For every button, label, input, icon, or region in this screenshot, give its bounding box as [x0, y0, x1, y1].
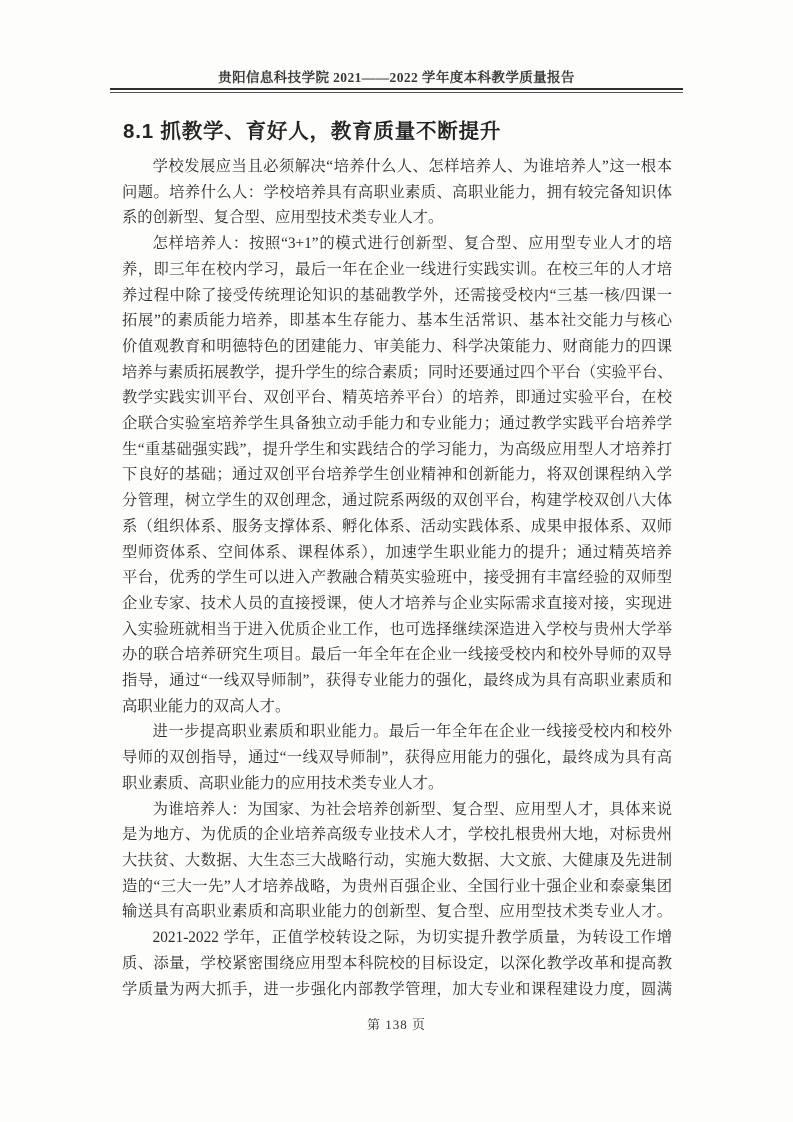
text-line: 2021-2022 学年，正值学校转设之际，为切实提升教学质量，为转设工作增 [122, 925, 672, 951]
text-line: 为谁培养人：为国家、为社会培养创新型、复合型、应用型人才，具体来说 [122, 797, 672, 823]
text-line: 企联合实验室培养学生具备独立动手能力和专业能力；通过教学实践平台培养学 [122, 411, 672, 437]
paragraph: 学校发展应当且必须解决“培养什么人、怎样培养人、为谁培养人”这一根本问题。培养什… [122, 154, 672, 231]
text-line: 导师的双创指导，通过“一线双导师制”，获得应用能力的强化，最终成为具有高 [122, 745, 672, 771]
text-line: 分管理，树立学生的双创理念，通过院系两级的双创平台，构建学校双创八大体 [122, 488, 672, 514]
text-line: 系的创新型、复合型、应用型技术类专业人才。 [122, 205, 672, 231]
text-line: 学校发展应当且必须解决“培养什么人、怎样培养人、为谁培养人”这一根本 [122, 154, 672, 180]
text-line: 大扶贫、大数据、大生态三大战略行动，实施大数据、大文旅、大健康及先进制 [122, 848, 672, 874]
text-line: 价值观教育和明德特色的团建能力、审美能力、科学决策能力、财商能力的四课 [122, 334, 672, 360]
paragraph: 进一步提高职业素质和职业能力。最后一年全年在企业一线接受校内和校外导师的双创指导… [122, 719, 672, 796]
text-line: 养过程中除了接受传统理论知识的基础教学外，还需接受校内“三基一核/四课一 [122, 283, 672, 309]
text-line: 企业专家、技术人员的直接授课，使人才培养与企业实际需求直接对接，实现进 [122, 591, 672, 617]
text-line: 是为地方、为优质的企业培养高级专业技术人才，学校扎根贵州大地，对标贵州 [122, 822, 672, 848]
text-line: 生“重基础强实践”，提升学生和实践结合的学习能力，为高级应用型人才培养打 [122, 437, 672, 463]
header-title: 贵阳信息科技学院 2021——2022 学年度本科教学质量报告 [0, 66, 793, 86]
text-line: 养，即三年在校内学习，最后一年在企业一线进行实践实训。在校三年的人才培 [122, 257, 672, 283]
document-page: 贵阳信息科技学院 2021——2022 学年度本科教学质量报告 8.1 抓教学、… [0, 0, 793, 1122]
text-line: 高职业能力的双高人才。 [122, 694, 672, 720]
section-heading: 8.1 抓教学、育好人，教育质量不断提升 [123, 114, 501, 144]
paragraph: 为谁培养人：为国家、为社会培养创新型、复合型、应用型人才，具体来说是为地方、为优… [122, 797, 672, 926]
text-line: 教学实践实训平台、双创平台、精英培养平台）的培养，即通过实验平台，在校 [122, 385, 672, 411]
text-line: 质、添量，学校紧密围绕应用型本科院校的目标设定，以深化教学改革和提高教 [122, 951, 672, 977]
header-rule [110, 88, 683, 93]
document-body: 学校发展应当且必须解决“培养什么人、怎样培养人、为谁培养人”这一根本问题。培养什… [122, 154, 672, 1002]
text-line: 进一步提高职业素质和职业能力。最后一年全年在企业一线接受校内和校外 [122, 719, 672, 745]
paragraph: 2021-2022 学年，正值学校转设之际，为切实提升教学质量，为转设工作增质、… [122, 925, 672, 1002]
text-line: 怎样培养人：按照“3+1”的模式进行创新型、复合型、应用型专业人才的培 [122, 231, 672, 257]
text-line: 拓展”的素质能力培养，即基本生存能力、基本生活常识、基本社交能力与核心 [122, 308, 672, 334]
text-line: 下良好的基础；通过双创平台培养学生创业精神和创新能力，将双创课程纳入学 [122, 462, 672, 488]
text-line: 系（组织体系、服务支撑体系、孵化体系、活动实践体系、成果申报体系、双师 [122, 514, 672, 540]
text-line: 培养与素质拓展教学，提升学生的综合素质；同时还要通过四个平台（实验平台、 [122, 360, 672, 386]
text-line: 问题。培养什么人：学校培养具有高职业素质、高职业能力，拥有较完备知识体 [122, 180, 672, 206]
paragraph: 怎样培养人：按照“3+1”的模式进行创新型、复合型、应用型专业人才的培养，即三年… [122, 231, 672, 719]
text-line: 造的“三大一先”人才培养战略，为贵州百强企业、全国行业十强企业和泰豪集团 [122, 874, 672, 900]
text-line: 职业素质、高职业能力的应用技术类专业人才。 [122, 771, 672, 797]
page-number: 第 138 页 [367, 1017, 426, 1032]
text-line: 平台，优秀的学生可以进入产教融合精英实验班中，接受拥有丰富经验的双师型 [122, 565, 672, 591]
text-line: 指导，通过“一线双导师制”，获得专业能力的强化，最终成为具有高职业素质和 [122, 668, 672, 694]
text-line: 入实验班就相当于进入优质企业工作，也可选择继续深造进入学校与贵州大学举 [122, 617, 672, 643]
text-line: 型师资体系、空间体系、课程体系），加速学生职业能力的提升；通过精英培养 [122, 540, 672, 566]
page-footer: 第 138 页 [0, 1014, 793, 1034]
text-line: 输送具有高职业素质和高职业能力的创新型、复合型、应用型技术类专业人才。 [122, 899, 672, 925]
text-line: 学质量为两大抓手，进一步强化内部教学管理，加大专业和课程建设力度，圆满 [122, 977, 672, 1003]
text-line: 办的联合培养研究生项目。最后一年全年在企业一线接受校内和校外导师的双导 [122, 642, 672, 668]
